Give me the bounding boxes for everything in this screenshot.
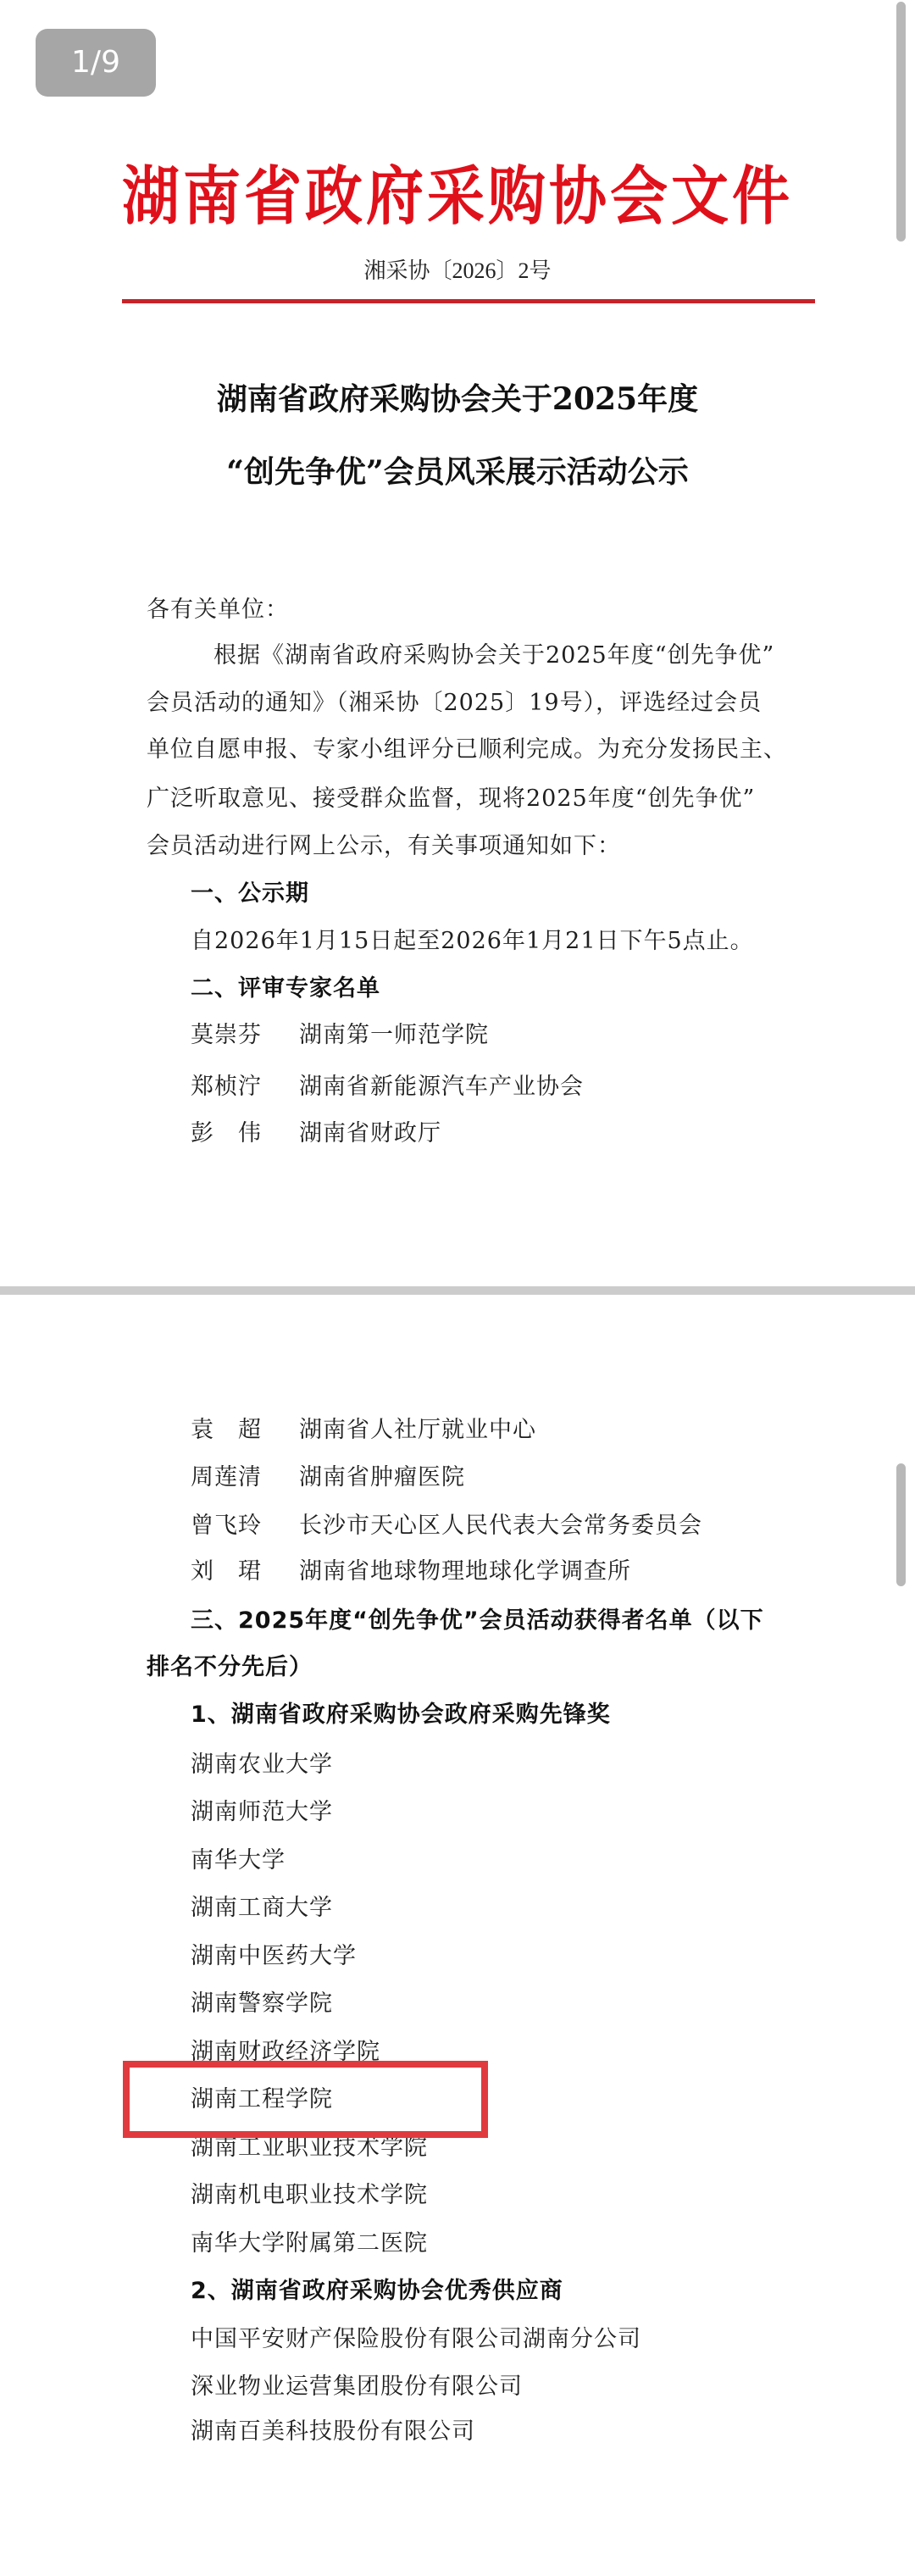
- body-line: 单位自愿申报、专家小组评分已顺利完成。为充分发扬民主、: [147, 733, 787, 767]
- document-page-1: 湖南省政府采购协会文件 湘采协〔2026〕2号 湖南省政府采购协会关于2025年…: [0, 0, 915, 1286]
- body-line: 根据《湖南省政府采购协会关于2025年度“创先争优”: [213, 639, 774, 673]
- expert-name: 彭 伟: [191, 1117, 299, 1151]
- heading-line-1: 湖南省政府采购协会关于2025年度: [119, 378, 796, 420]
- body-line: 会员活动进行网上公示，有关事项通知如下：: [147, 830, 621, 863]
- scrollbar-thumb[interactable]: [896, 1463, 906, 1586]
- expert-org: 湖南省肿瘤医院: [299, 1464, 465, 1491]
- expert-row: 曾飞玲长沙市天心区人民代表大会常务委员会: [191, 1509, 702, 1543]
- winner-item: 湖南农业大学: [191, 1748, 333, 1782]
- supplier-item: 中国平安财产保险股份有限公司湖南分公司: [191, 2323, 641, 2357]
- expert-org: 长沙市天心区人民代表大会常务委员会: [299, 1513, 702, 1539]
- issuer-title: 湖南省政府采购协会文件: [119, 159, 796, 234]
- expert-org: 湖南省新能源汽车产业协会: [299, 1074, 584, 1100]
- expert-org: 湖南第一师范学院: [299, 1022, 489, 1048]
- section-title-winners-cont: 排名不分先后）: [147, 1651, 313, 1685]
- expert-org: 湖南省地球物理地球化学调查所: [299, 1558, 631, 1585]
- expert-row: 莫崇芬湖南第一师范学院: [191, 1019, 489, 1052]
- highlight-annotation-box: [123, 2061, 488, 2138]
- winner-item: 湖南中医药大学: [191, 1940, 357, 1974]
- winner-item: 南华大学附属第二医院: [191, 2227, 428, 2261]
- salutation: 各有关单位：: [147, 593, 289, 627]
- expert-name: 莫崇芬: [191, 1019, 299, 1052]
- expert-row: 袁 超湖南省人社厅就业中心: [191, 1413, 536, 1447]
- red-divider-rule: [122, 299, 815, 303]
- expert-name: 刘 珺: [191, 1555, 299, 1589]
- expert-row: 彭 伟湖南省财政厅: [191, 1117, 441, 1151]
- award-title-pioneer: 1、湖南省政府采购协会政府采购先锋奖: [191, 1698, 611, 1732]
- winner-item: 湖南警察学院: [191, 1987, 333, 2021]
- winner-item: 湖南师范大学: [191, 1796, 333, 1829]
- expert-org: 湖南省财政厅: [299, 1120, 441, 1146]
- expert-row: 周莲清湖南省肿瘤医院: [191, 1461, 465, 1495]
- expert-name: 袁 超: [191, 1413, 299, 1447]
- supplier-item: 湖南百美科技股份有限公司: [191, 2415, 475, 2449]
- expert-name: 曾飞玲: [191, 1509, 299, 1543]
- section-title-publicity-period: 一、公示期: [191, 877, 309, 911]
- heading-line-2: “创先争优”会员风采展示活动公示: [119, 451, 796, 493]
- page-separator: [0, 1286, 915, 1295]
- winner-item: 湖南机电职业技术学院: [191, 2179, 428, 2212]
- body-line: 会员活动的通知》（湘采协〔2025〕19号），评选经过会员: [147, 686, 762, 720]
- section-title-winners: 三、2025年度“创先争优”会员活动获得者名单（以下: [191, 1604, 764, 1638]
- award-title-supplier: 2、湖南省政府采购协会优秀供应商: [191, 2274, 563, 2308]
- winner-item: 湖南工商大学: [191, 1891, 333, 1925]
- scrollbar-thumb[interactable]: [896, 2, 906, 241]
- expert-name: 周莲清: [191, 1461, 299, 1495]
- expert-row: 刘 珺湖南省地球物理地球化学调查所: [191, 1555, 631, 1589]
- expert-row: 郑桢泞湖南省新能源汽车产业协会: [191, 1070, 584, 1104]
- document-number: 湘采协〔2026〕2号: [119, 256, 796, 286]
- expert-org: 湖南省人社厅就业中心: [299, 1417, 536, 1443]
- section-title-experts: 二、评审专家名单: [191, 972, 380, 1006]
- expert-name: 郑桢泞: [191, 1070, 299, 1104]
- page-counter-badge: 1/9: [36, 29, 156, 97]
- body-line: 广泛听取意见、接受群众监督，现将2025年度“创先争优”: [147, 782, 755, 816]
- winner-item: 南华大学: [191, 1844, 286, 1878]
- supplier-item: 深业物业运营集团股份有限公司: [191, 2370, 523, 2404]
- publicity-period-text: 自2026年1月15日起至2026年1月21日下午5点止。: [191, 924, 754, 958]
